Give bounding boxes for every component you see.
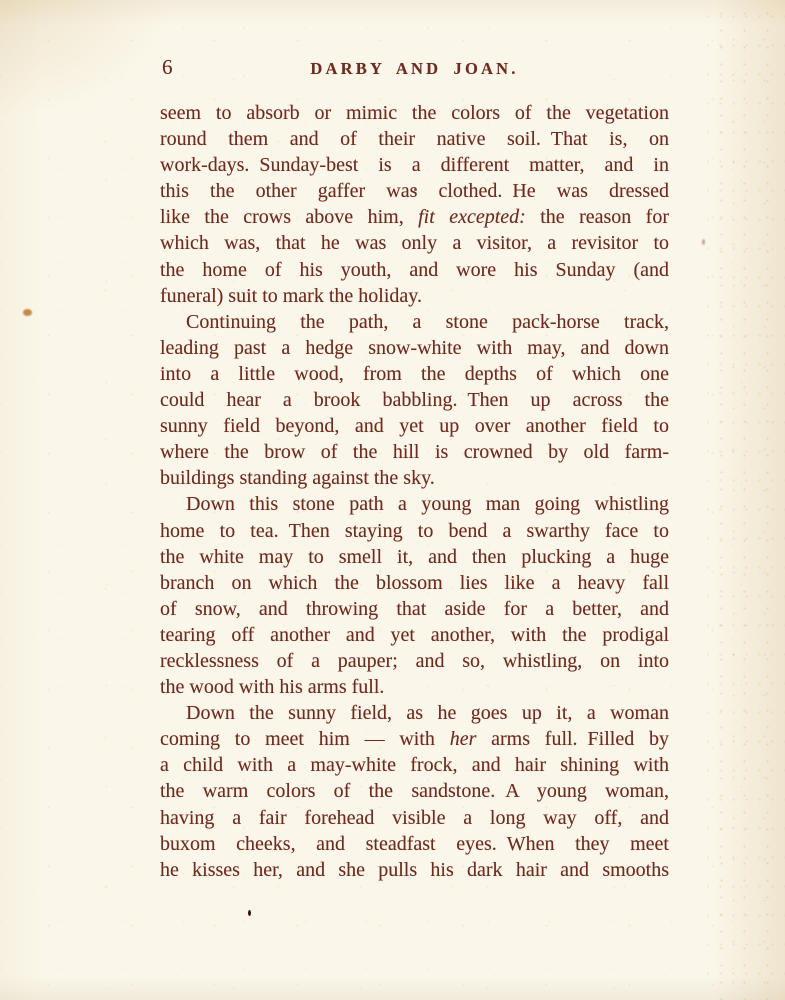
text-line: like the crows above him, fit excepted: … xyxy=(160,204,669,230)
body-paragraph: Down this stone path a young man going w… xyxy=(160,491,669,700)
text-segment: buildings standing against the sky. xyxy=(160,467,435,489)
text-segment: into a little wood, from the depths of w… xyxy=(160,363,669,385)
running-header: DARBY AND JOAN. xyxy=(160,58,669,80)
text-segment: buxom cheeks, and steadfast eyes. When t… xyxy=(160,833,669,855)
text-line: buxom cheeks, and steadfast eyes. When t… xyxy=(160,831,669,857)
text-segment: arms full. Filled by xyxy=(476,728,669,750)
text-segment: the wood with his arms full. xyxy=(160,676,384,698)
text-line: Down this stone path a young man going w… xyxy=(160,491,669,517)
text-line: funeral) suit to mark the holiday. xyxy=(160,283,669,309)
speck-margin xyxy=(702,239,705,245)
text-line: branch on which the blossom lies like a … xyxy=(160,570,669,596)
text-segment: branch on which the blossom lies like a … xyxy=(160,572,669,594)
text-line: round them and of their native soil. Tha… xyxy=(160,126,669,152)
text-line: where the brow of the hill is crowned by… xyxy=(160,439,669,465)
text-line: seem to absorb or mimic the colors of th… xyxy=(160,100,669,126)
italic-text: her xyxy=(450,728,477,750)
text-line: work-days. Sunday-best is a different ma… xyxy=(160,152,669,178)
text-segment: round them and of their native soil. Tha… xyxy=(160,128,669,150)
text-line: sunny field beyond, and yet up over anot… xyxy=(160,413,669,439)
text-segment: Down this stone path a young man going w… xyxy=(186,493,669,515)
text-segment: sunny field beyond, and yet up over anot… xyxy=(160,415,669,437)
text-block: seem to absorb or mimic the colors of th… xyxy=(160,100,669,883)
text-line: the wood with his arms full. xyxy=(160,674,669,700)
right-edge-texture xyxy=(707,0,785,1000)
text-line: of snow, and throwing that aside for a b… xyxy=(160,596,669,622)
text-segment: Down the sunny field, as he goes up it, … xyxy=(186,702,669,724)
text-line: into a little wood, from the depths of w… xyxy=(160,361,669,387)
italic-text: fit excepted: xyxy=(418,206,526,228)
text-line: this the other gaffer was clothed. He wa… xyxy=(160,178,669,204)
text-line: he kisses her, and she pulls his dark ha… xyxy=(160,857,669,883)
text-line: a child with a may-white frock, and hair… xyxy=(160,752,669,778)
text-line: recklessness of a pauper; and so, whistl… xyxy=(160,648,669,674)
text-segment: like the crows above him, xyxy=(160,206,418,228)
text-segment: seem to absorb or mimic the colors of th… xyxy=(160,102,669,124)
text-segment: the home of his youth, and wore his Sund… xyxy=(160,259,669,281)
text-segment: leading past a hedge snow-white with may… xyxy=(160,337,669,359)
text-segment: could hear a brook babbling. Then up acr… xyxy=(160,389,669,411)
text-line: leading past a hedge snow-white with may… xyxy=(160,335,669,361)
text-line: buildings standing against the sky. xyxy=(160,465,669,491)
text-line: home to tea. Then staying to bend a swar… xyxy=(160,518,669,544)
book-page: 6 DARBY AND JOAN. seem to absorb or mimi… xyxy=(0,0,785,1000)
text-segment: of snow, and throwing that aside for a b… xyxy=(160,598,669,620)
text-segment: the white may to smell it, and then pluc… xyxy=(160,546,669,568)
text-segment: this the other gaffer was clothed. He wa… xyxy=(160,180,669,202)
body-paragraph: Down the sunny field, as he goes up it, … xyxy=(160,700,669,883)
body-paragraph: Continuing the path, a stone pack-horse … xyxy=(160,309,669,492)
text-line: coming to meet him — with her arms full.… xyxy=(160,726,669,752)
text-line: having a fair forehead visible a long wa… xyxy=(160,805,669,831)
text-segment: work-days. Sunday-best is a different ma… xyxy=(160,154,669,176)
body-paragraph: seem to absorb or mimic the colors of th… xyxy=(160,100,669,309)
text-segment: the reason for xyxy=(526,206,669,228)
text-segment: having a fair forehead visible a long wa… xyxy=(160,807,669,829)
text-line: tearing off another and yet another, wit… xyxy=(160,622,669,648)
text-segment: home to tea. Then staying to bend a swar… xyxy=(160,520,669,542)
text-segment: funeral) suit to mark the holiday. xyxy=(160,285,422,307)
text-line: Down the sunny field, as he goes up it, … xyxy=(160,700,669,726)
text-segment: coming to meet him — with xyxy=(160,728,450,750)
text-line: could hear a brook babbling. Then up acr… xyxy=(160,387,669,413)
text-segment: where the brow of the hill is crowned by… xyxy=(160,441,669,463)
text-segment: tearing off another and yet another, wit… xyxy=(160,624,669,646)
text-line: the home of his youth, and wore his Sund… xyxy=(160,257,669,283)
text-segment: the warm colors of the sandstone. A youn… xyxy=(160,780,669,802)
text-segment: he kisses her, and she pulls his dark ha… xyxy=(160,859,669,881)
text-segment: Continuing the path, a stone pack-horse … xyxy=(186,311,669,333)
ink-dot xyxy=(248,910,251,916)
text-segment: which was, that he was only a visitor, a… xyxy=(160,232,669,254)
text-segment: a child with a may-white frock, and hair… xyxy=(160,754,669,776)
foxing-spot xyxy=(23,309,32,316)
text-line: the warm colors of the sandstone. A youn… xyxy=(160,778,669,804)
text-line: the white may to smell it, and then pluc… xyxy=(160,544,669,570)
text-segment: recklessness of a pauper; and so, whistl… xyxy=(160,650,669,672)
text-line: Continuing the path, a stone pack-horse … xyxy=(160,309,669,335)
text-line: which was, that he was only a visitor, a… xyxy=(160,230,669,256)
